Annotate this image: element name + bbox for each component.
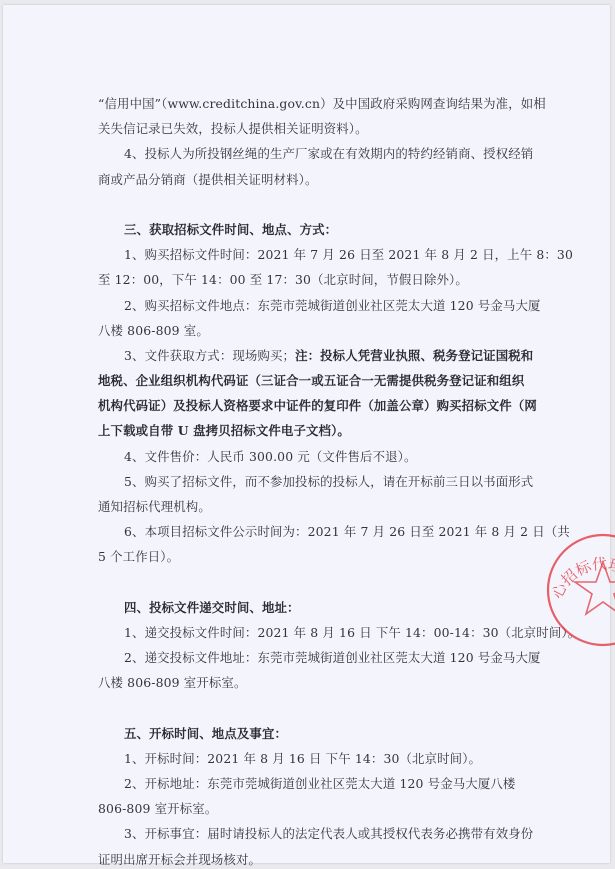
- s3-item-2: 2、购买招标文件地点：东莞市莞城街道创业社区莞太大道 120 号金马大厦: [98, 293, 528, 318]
- s3-item-3-prefix: 3、文件获取方式：现场购买；: [124, 348, 295, 363]
- requirement-item-4-cont: 商或产品分销商（提供相关证明材料）。: [98, 167, 528, 192]
- s5-item-2-cont: 806-809 室开标室。: [98, 796, 528, 821]
- s3-item-3: 3、文件获取方式：现场购买；注：投标人凭营业执照、税务登记证国税和: [98, 343, 528, 368]
- official-seal-stamp: 心招标代理有限公司: [543, 530, 615, 650]
- section-5-heading: 五、开标时间、地点及事宜：: [98, 721, 528, 746]
- s3-item-3-note: 注：投标人凭营业执照、税务登记证国税和: [295, 348, 533, 363]
- s3-item-1-cont: 至 12：00，下午 14：00 至 17：30（北京时间，节假日除外）。: [98, 267, 528, 292]
- requirement-item-4: 4、投标人为所投钢丝绳的生产厂家或在有效期内的特约经销商、授权经销: [98, 141, 528, 166]
- s4-item-2-cont: 八楼 806-809 室开标室。: [98, 670, 528, 695]
- section-3-heading: 三、获取招标文件时间、地点、方式：: [98, 217, 528, 242]
- s5-item-2: 2、开标地址：东莞市莞城街道创业社区莞太大道 120 号金马大厦八楼: [98, 771, 528, 796]
- s3-item-3-cont: 地税、企业组织机构代码证（三证合一或五证合一无需提供税务登记证和组织: [98, 368, 528, 393]
- s3-item-1: 1、购买招标文件时间：2021 年 7 月 26 日至 2021 年 8 月 2…: [98, 242, 528, 267]
- s3-item-5: 5、购买了招标文件，而不参加投标的投标人，请在开标前三日以书面形式: [98, 469, 528, 494]
- s3-item-4: 4、文件售价：人民币 300.00 元（文件售后不退）。: [98, 444, 528, 469]
- s3-item-5-cont: 通知招标代理机构。: [98, 494, 528, 519]
- s5-item-3-cont: 证明出席开标会并现场核对。: [98, 847, 528, 869]
- s3-item-2-cont: 八楼 806-809 室。: [98, 318, 528, 343]
- s5-item-1: 1、开标时间：2021 年 8 月 16 日 下午 14：30（北京时间）。: [98, 746, 528, 771]
- intro-line: 关失信记录已失效，投标人提供相关证明资料）。: [98, 116, 528, 141]
- section-4-heading: 四、投标文件递交时间、地址：: [98, 595, 528, 620]
- document-page: “信用中国”（www.creditchina.gov.cn）及中国政府采购网查询…: [3, 5, 610, 863]
- s3-item-3-cont: 机构代码证）及投标人资格要求中证件的复印件（加盖公章）购买招标文件（网: [98, 393, 528, 418]
- s3-item-6-cont: 5 个工作日）。: [98, 544, 528, 569]
- intro-line: “信用中国”（www.creditchina.gov.cn）及中国政府采购网查询…: [98, 91, 528, 116]
- document-body: “信用中国”（www.creditchina.gov.cn）及中国政府采购网查询…: [98, 91, 528, 869]
- s4-item-2: 2、递交投标文件地址：东莞市莞城街道创业社区莞太大道 120 号金马大厦: [98, 645, 528, 670]
- s3-item-6: 6、本项目招标文件公示时间为：2021 年 7 月 26 日至 2021 年 8…: [98, 519, 528, 544]
- s4-item-1: 1、递交投标文件时间：2021 年 8 月 16 日 下午 14：00-14：3…: [98, 620, 528, 645]
- s3-item-3-cont: 上下载或自带 U 盘拷贝招标文件电子文档）。: [98, 418, 528, 443]
- s5-item-3: 3、开标事宜：届时请投标人的法定代表人或其授权代表务必携带有效身份: [98, 821, 528, 846]
